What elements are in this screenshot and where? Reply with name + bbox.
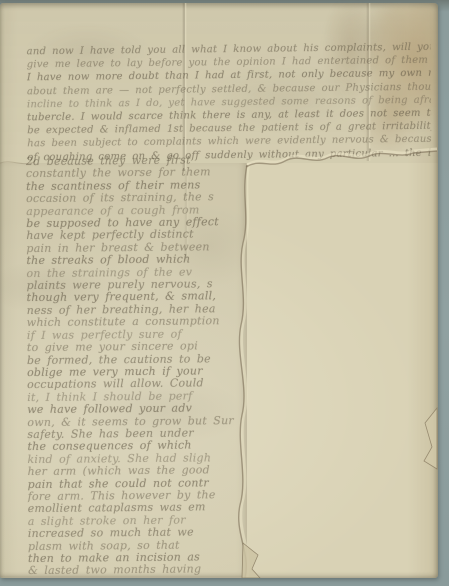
letter-left-column: 2d because they were firstconstantly the…	[26, 154, 242, 577]
letter-page: and now I have told you all what I know …	[0, 3, 438, 578]
torn-flap-right	[424, 408, 437, 469]
letter-top-block: and now I have told you all what I know …	[27, 42, 432, 165]
handwriting-line: & lasted two months having	[28, 563, 242, 577]
torn-flap-bottom	[242, 543, 260, 578]
